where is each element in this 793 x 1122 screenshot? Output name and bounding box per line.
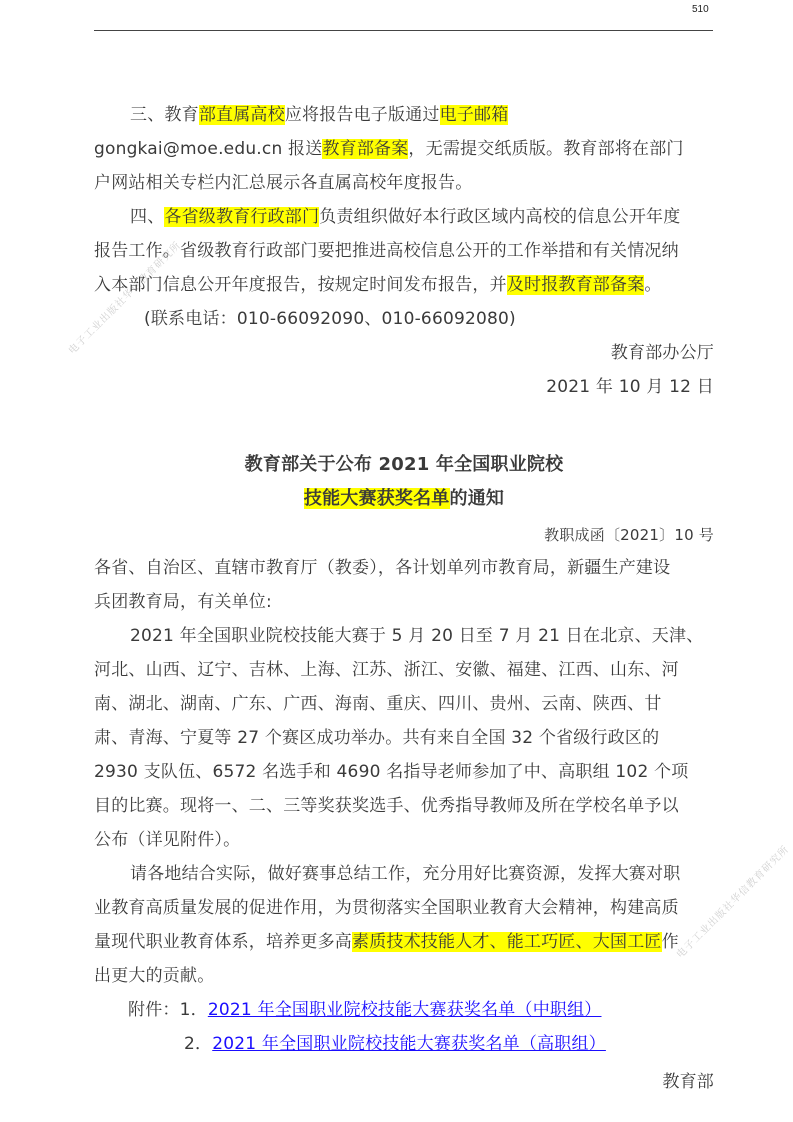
highlight: 部直属高校 [199,105,285,125]
highlight: 电子邮箱 [440,105,509,125]
body-2-line-4: 出更大的贡献。 [94,959,714,993]
body-1-line: 公布（详见附件）。 [94,823,714,857]
paragraph-3-line-2: gongkai@moe.edu.cn 报送教育部备案，无需提交纸质版。教育部将在… [94,132,714,166]
attachment-1: 附件：1．2021 年全国职业院校技能大赛获奖名单（中职组） [94,993,714,1027]
notice-title: 教育部关于公布 2021 年全国职业院校 技能大赛获奖名单的通知 [94,448,714,516]
body-1-line: 肃、青海、宁夏等 27 个赛区成功举办。共有来自全国 32 个省级行政区的 [94,721,714,755]
attachment-link-secondary-vocational[interactable]: 2021 年全国职业院校技能大赛获奖名单（中职组） [208,1000,602,1020]
date: 2021 年 10 月 12 日 [94,370,714,404]
highlight: 素质技术技能人才、能工巧匠、大国工匠 [352,932,662,952]
highlight: 技能大赛获奖名单 [304,488,450,509]
body-1-line: 目的比赛。现将一、二、三等奖获奖选手、优秀指导教师及所在学校名单予以 [94,789,714,823]
contact-phone: (联系电话：010-66092090、010-66092080) [94,302,714,336]
notice-signature: 教育部 [94,1065,714,1099]
paragraph-4-line-2: 报告工作。省级教育行政部门要把推进高校信息公开的工作举措和有关情况纳 [94,234,714,268]
header-rule [94,30,713,31]
highlight: 各省级教育行政部门 [164,207,319,227]
paragraph-4-line-3: 入本部门信息公开年度报告，按规定时间发布报告，并及时报教育部备案。 [94,268,714,302]
document-number: 教职成函〔2021〕10 号 [94,518,714,552]
section-previous-notice: 三、教育部直属高校应将报告电子版通过电子邮箱 gongkai@moe.edu.c… [94,98,714,404]
title-line-2: 技能大赛获奖名单的通知 [94,482,714,516]
recipients-line-1: 各省、自治区、直辖市教育厅（教委），各计划单列市教育局，新疆生产建设 [94,551,714,585]
body-1-line: 南、湖北、湖南、广东、广西、海南、重庆、四川、贵州、云南、陕西、甘 [94,687,714,721]
body-2-line-3: 量现代职业教育体系，培养更多高素质技术技能人才、能工巧匠、大国工匠作 [94,925,714,959]
highlight: 教育部备案 [322,139,408,159]
attachment-number: 2． [184,1034,212,1054]
attachment-2: 2．2021 年全国职业院校技能大赛获奖名单（高职组） [94,1027,714,1061]
body-1-line: 河北、山西、辽宁、吉林、上海、江苏、浙江、安徽、福建、江西、山东、河 [94,653,714,687]
paragraph-4-line-1: 四、各省级教育行政部门负责组织做好本行政区域内高校的信息公开年度 [94,200,714,234]
body-1-line: 2021 年全国职业院校技能大赛于 5 月 20 日至 7 月 21 日在北京、… [94,619,714,653]
notice-body: 各省、自治区、直辖市教育厅（教委），各计划单列市教育局，新疆生产建设 兵团教育局… [94,551,714,1099]
highlight: 及时报教育部备案 [507,275,645,295]
paragraph-3-line-1: 三、教育部直属高校应将报告电子版通过电子邮箱 [94,98,714,132]
attachments-label: 附件：1． [128,1000,208,1020]
paragraph-3-line-3: 户网站相关专栏内汇总展示各直属高校年度报告。 [94,166,714,200]
attachment-link-higher-vocational[interactable]: 2021 年全国职业院校技能大赛获奖名单（高职组） [212,1034,606,1054]
body-2-line-1: 请各地结合实际，做好赛事总结工作，充分用好比赛资源，发挥大赛对职 [94,857,714,891]
body-2-line-2: 业教育高质量发展的促进作用，为贯彻落实全国职业教育大会精神，构建高质 [94,891,714,925]
signature: 教育部办公厅 [94,336,714,370]
body-1-line: 2930 支队伍、6572 名选手和 4690 名指导老师参加了中、高职组 10… [94,755,714,789]
recipients-line-2: 兵团教育局，有关单位: [94,585,714,619]
title-line-1: 教育部关于公布 2021 年全国职业院校 [94,448,714,482]
page-number: 510 [692,4,709,15]
